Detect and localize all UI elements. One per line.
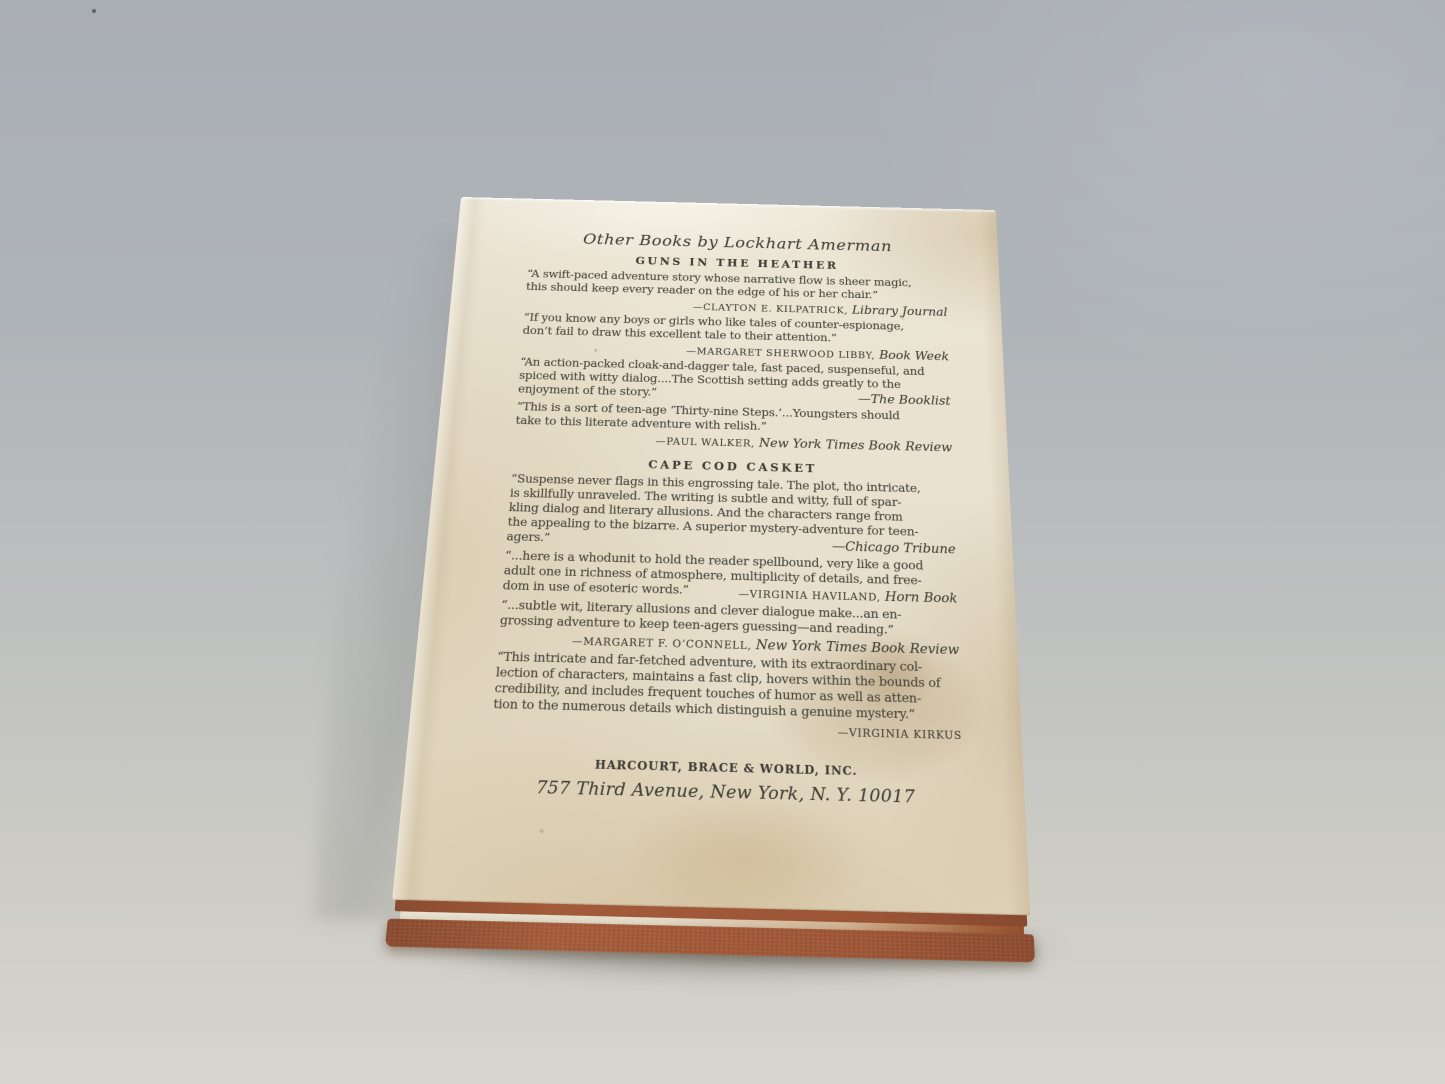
review-quote: “...here is a whodunit to hold the reade… <box>502 549 958 607</box>
quote-text: “This intricate and far-fetched adventur… <box>493 649 962 724</box>
review-quote: “...subtle wit, literary allusions and c… <box>498 598 960 659</box>
jacket-printed-panel: Other Books by Lockhart Amerman GUNS IN … <box>402 197 1025 810</box>
dust-jacket-back-panel: Other Books by Lockhart Amerman GUNS IN … <box>392 197 1030 915</box>
attribution-source: Book Week <box>879 348 949 363</box>
attribution-name: —VIRGINIA HAVILAND, <box>739 589 885 604</box>
jacket-header: Other Books by Lockhart Amerman <box>529 229 945 257</box>
attribution-name: —PAUL WALKER, <box>656 436 759 450</box>
attribution-name: —CLAYTON E. KILPATRICK, <box>693 302 852 316</box>
book: Other Books by Lockhart Amerman GUNS IN … <box>443 197 996 950</box>
review-quote: “This is a sort of teen-age ‘Thirty-nine… <box>514 400 953 455</box>
attribution-name: —VIRGINIA KIRKUS <box>837 727 962 743</box>
publisher-block: HARCOURT, BRACE & WORLD, INC. 757 Third … <box>486 755 964 808</box>
attribution-source: Horn Book <box>885 589 958 606</box>
dust-speck <box>92 9 96 13</box>
review-quote: “Suspense never flags in this engrossing… <box>506 472 956 558</box>
section-guns-in-the-heather: GUNS IN THE HEATHER “A swift-paced adven… <box>514 252 953 455</box>
attribution-source: New York Times Book Review <box>756 637 960 657</box>
attribution-source: —The Booklist <box>858 392 951 408</box>
section-cape-cod-casket: CAPE COD CASKET “Suspense never flags in… <box>491 455 962 744</box>
attribution-source: New York Times Book Review <box>759 436 953 455</box>
attribution-source: —Chicago Tribune <box>832 539 956 557</box>
attribution-source: Library Journal <box>852 303 948 318</box>
book-back-cover: Other Books by Lockhart Amerman GUNS IN … <box>387 197 1033 969</box>
photo-background: Other Books by Lockhart Amerman GUNS IN … <box>0 0 1445 1084</box>
attribution-name: —MARGARET F. O’CONNELL, <box>572 636 756 653</box>
review-quote: “This intricate and far-fetched adventur… <box>491 649 962 743</box>
attribution-name: —MARGARET SHERWOOD LIBBY, <box>686 346 879 361</box>
